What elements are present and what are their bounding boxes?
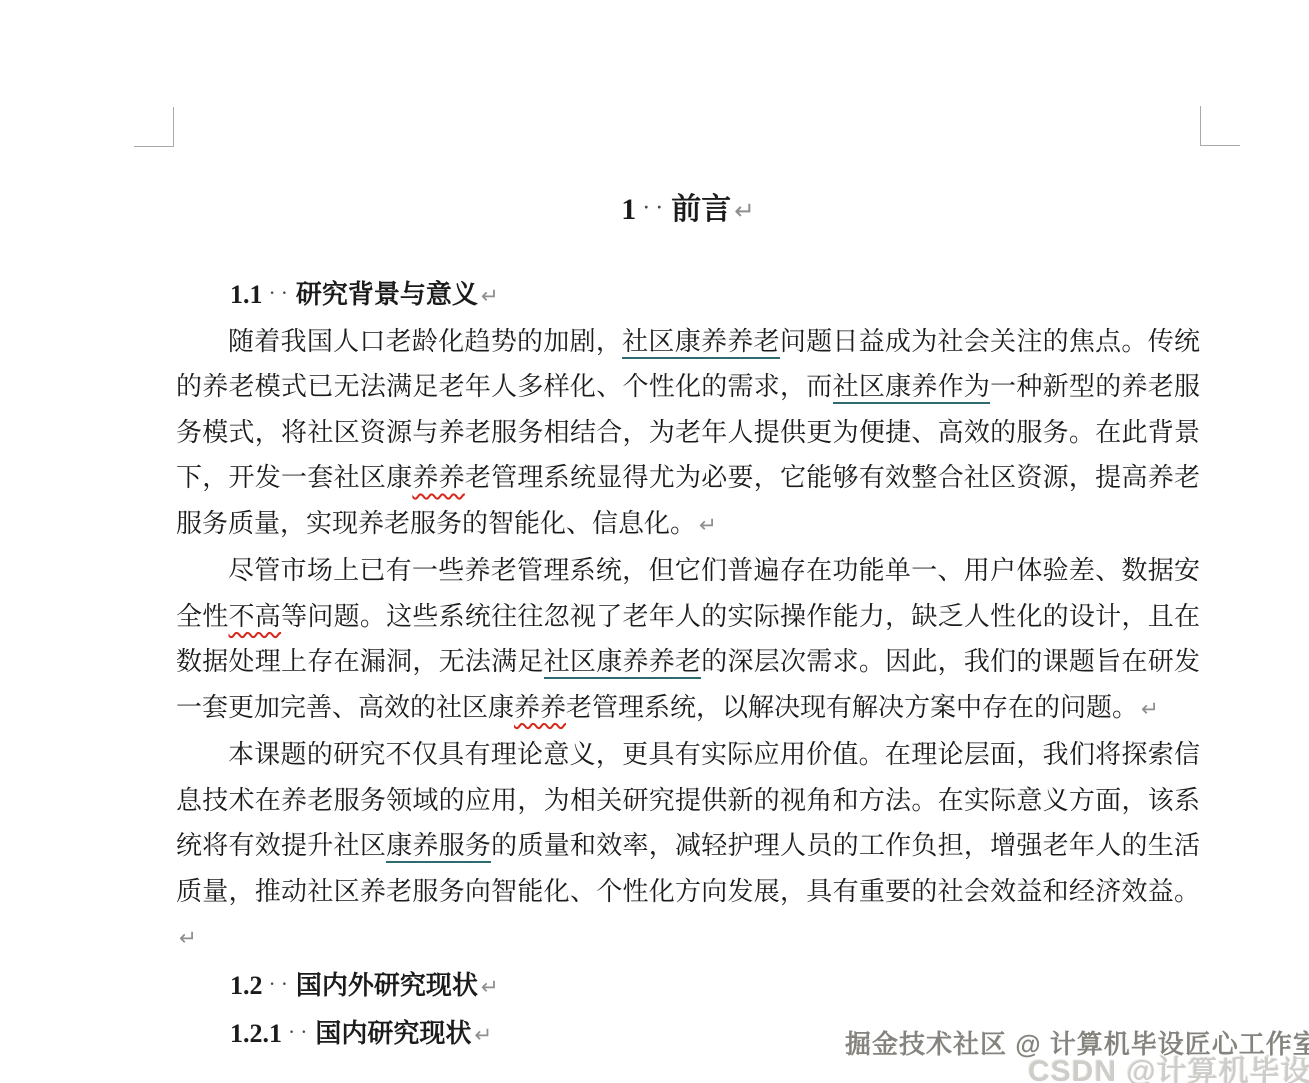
heading-text: 前言 (671, 193, 731, 226)
paragraph-mark-icon: ↵ (1141, 697, 1159, 722)
document-page: 1··前言↵1.1··研究背景与意义↵随着我国人口老龄化趋势的加剧，社区康养养老… (0, 0, 1309, 1083)
text-boundary-mark-top-left (134, 107, 174, 147)
heading-number: 1 (621, 193, 636, 226)
heading-number: 1.2 (230, 971, 263, 1000)
paragraph-mark-icon: ↵ (699, 513, 717, 538)
paragraph-mark-icon: ↵ (474, 1023, 492, 1048)
space-formatting-marks: ·· (643, 197, 669, 217)
spellcheck-flagged-text: 不高 (229, 602, 282, 631)
heading-number: 1.2.1 (230, 1019, 282, 1048)
space-formatting-marks: ·· (270, 285, 294, 302)
paragraph-mark-icon: ↵ (481, 284, 499, 309)
paragraph-mark-icon: ↵ (179, 926, 197, 951)
paragraph-mark-icon: ↵ (481, 975, 499, 1000)
text-run: 随着我国人口老龄化趋势的加剧， (228, 327, 622, 356)
paragraph-mark-icon: ↵ (734, 196, 755, 225)
heading-number: 1.1 (230, 280, 263, 309)
heading-text: 国内外研究现状 (296, 971, 478, 1000)
heading-text: 国内研究现状 (315, 1019, 471, 1048)
chapter-title: 1··前言↵ (176, 184, 1200, 234)
text-run: 老管理系统，以解决现有解决方案中存在的问题。 (566, 693, 1138, 722)
space-formatting-marks: ·· (289, 1024, 313, 1041)
space-formatting-marks: ·· (270, 976, 294, 993)
section-heading: 1.1··研究背景与意义↵ (176, 271, 1200, 319)
body-paragraph: 本课题的研究不仅具有理论意义，更具有实际应用价值。在理论层面，我们将探索信息技术… (176, 732, 1200, 962)
body-paragraph: 随着我国人口老龄化趋势的加剧，社区康养养老问题日益成为社会关注的焦点。传统的养老… (176, 319, 1200, 549)
underlined-term: 康养服务 (386, 831, 491, 863)
text-boundary-mark-top-right (1200, 106, 1240, 146)
underlined-term: 社区康养养老 (622, 327, 780, 359)
spellcheck-flagged-text: 养养 (514, 693, 566, 722)
underlined-term: 社区康养作为 (833, 372, 991, 404)
spellcheck-flagged-text: 养养 (412, 463, 465, 492)
section-heading: 1.2··国内外研究现状↵ (176, 962, 1200, 1010)
body-paragraph: 尽管市场上已有一些养老管理系统，但它们普遍存在功能单一、用户体验差、数据安全性不… (176, 548, 1200, 732)
document-content: 1··前言↵1.1··研究背景与意义↵随着我国人口老龄化趋势的加剧，社区康养养老… (176, 146, 1200, 1059)
watermark-juejin: 掘金技术社区 @ 计算机毕设匠心工作室 (845, 1024, 1309, 1061)
heading-text: 研究背景与意义 (296, 280, 478, 309)
underlined-term: 社区康养养老 (544, 647, 702, 679)
